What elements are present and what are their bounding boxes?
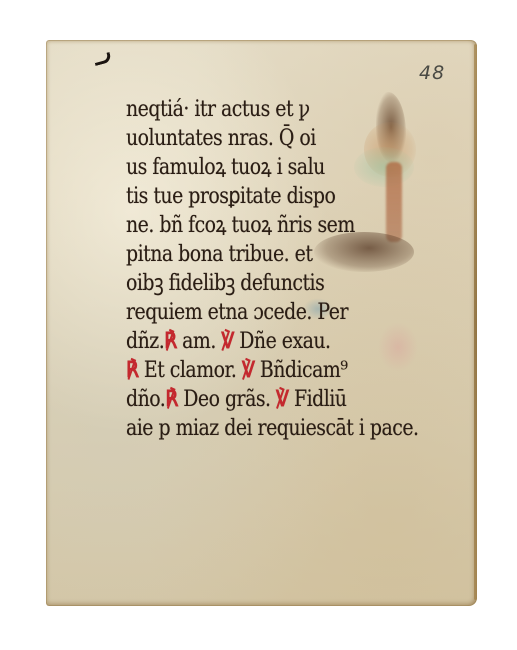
manuscript-line: dñz.℟ am. ℣ Dñe exau. [126, 327, 384, 356]
text-segment: neqtiá· itr actus et ꝩ [126, 97, 310, 122]
parchment-leaf: 48 neqtiá· itr actus et ꝩuoluntates nras… [46, 40, 477, 606]
manuscript-line: uoluntates nras. Q̄ oi [126, 124, 384, 153]
text-block: neqtiá· itr actus et ꝩuoluntates nras. Q… [126, 95, 426, 443]
manuscript-line: dño.℟ Deo grãs. ℣ Fidliū [126, 385, 384, 414]
text-segment: Dñe exau. [234, 329, 331, 354]
text-segment: dñz. [126, 329, 164, 354]
text-segment: uoluntates nras. Q̄ oi [126, 126, 316, 151]
rubric-mark: ℟ [165, 386, 177, 412]
text-segment: aie p miaz dei requiescāt i pace. [126, 416, 419, 441]
corner-tear [93, 52, 112, 66]
manuscript-line: us famuloꝝ tuoꝝ i salu [126, 153, 384, 182]
text-segment: requiem etna ɔcede. Per [126, 300, 348, 325]
text-segment: dño. [126, 387, 165, 412]
text-segment: Bñdicam⁹ [254, 358, 347, 383]
rubric-mark: ℣ [276, 386, 288, 412]
text-segment: Fidliū [288, 387, 346, 412]
manuscript-line: aie p miaz dei requiescāt i pace. [126, 414, 384, 443]
manuscript-line: ne. bñ fcoꝝ tuoꝝ ñris sem [126, 211, 384, 240]
rubric-mark: ℣ [221, 328, 233, 354]
rubric-mark: ℟ [126, 357, 138, 383]
text-segment: oibꝫ fidelibꝫ defunctis [126, 271, 324, 296]
folio-number: 48 [419, 62, 445, 84]
text-segment: Et clamor. [138, 358, 242, 383]
text-segment: us famuloꝝ tuoꝝ i salu [126, 155, 325, 180]
manuscript-line: neqtiá· itr actus et ꝩ [126, 95, 384, 124]
manuscript-line: pitna bona tribue. et [126, 240, 384, 269]
text-segment: Deo grãs. [178, 387, 276, 412]
text-segment: am. [177, 329, 222, 354]
rubric-mark: ℣ [242, 357, 254, 383]
manuscript-line: oibꝫ fidelibꝫ defunctis [126, 269, 384, 298]
manuscript-image: 48 neqtiá· itr actus et ꝩuoluntates nras… [0, 0, 517, 650]
manuscript-line: ℟ Et clamor. ℣ Bñdicam⁹ [126, 356, 384, 385]
manuscript-line: tis tue prosꝑitate dispo [126, 182, 384, 211]
text-segment: tis tue prosꝑitate dispo [126, 184, 335, 209]
leaf-edge [474, 44, 477, 600]
text-segment: ne. bñ fcoꝝ tuoꝝ ñris sem [126, 213, 355, 238]
manuscript-line: requiem etna ɔcede. Per [126, 298, 384, 327]
text-segment: pitna bona tribue. et [126, 242, 312, 267]
rubric-mark: ℟ [164, 328, 176, 354]
